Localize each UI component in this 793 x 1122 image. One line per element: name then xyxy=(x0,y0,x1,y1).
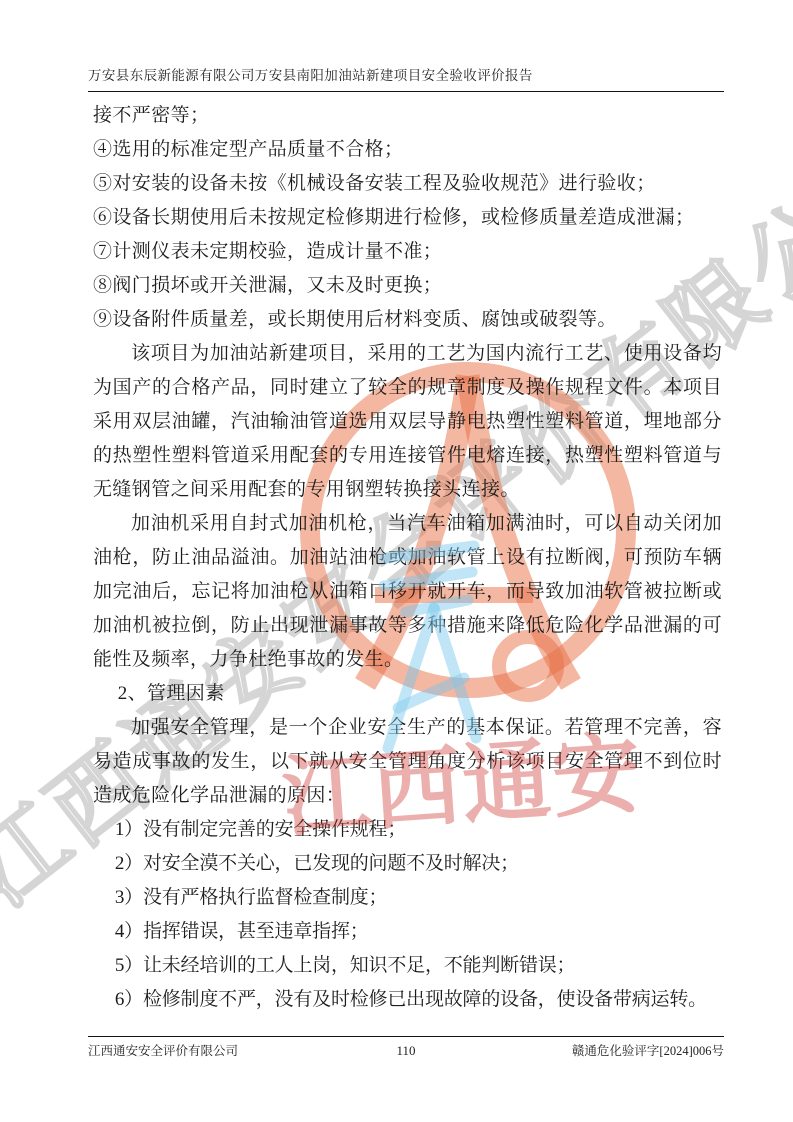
page-footer: 江西通安安全评价有限公司 110 赣通危化验评字[2024]006号 xyxy=(88,1036,724,1059)
paragraph: ⑥设备长期使用后未按规定检修期进行检修，或检修质量差造成泄漏； xyxy=(93,201,722,235)
list-item: 3）没有严格执行监督检查制度； xyxy=(93,881,722,915)
paragraph: ⑨设备附件质量差，或长期使用后材料变质、腐蚀或破裂等。 xyxy=(93,303,722,337)
footer-company: 江西通安安全评价有限公司 xyxy=(88,1041,300,1059)
document-page: 江西通安安全评价有限公司 江西通安 万安县东辰新能源有限公司万安县南阳加油站新建… xyxy=(0,0,793,1122)
paragraph: 加油机采用自封式加油机枪，当汽车油箱加满油时，可以自动关闭加油枪，防止油品溢油。… xyxy=(93,507,722,677)
paragraph: 接不严密等； xyxy=(93,99,722,133)
paragraph: ⑦计测仪表未定期校验，造成计量不准； xyxy=(93,235,722,269)
list-item: 2）对安全漠不关心，已发现的问题不及时解决； xyxy=(93,847,722,881)
paragraph: ⑤对安装的设备未按《机械设备安装工程及验收规范》进行验收； xyxy=(93,167,722,201)
paragraph: 加强安全管理，是一个企业安全生产的基本保证。若管理不完善，容易造成事故的发生，以… xyxy=(93,711,722,813)
page-number: 110 xyxy=(300,1043,512,1059)
section-heading: 2、管理因素 xyxy=(93,677,722,711)
footer-doc-number: 赣通危化验评字[2024]006号 xyxy=(512,1041,724,1059)
paragraph: ④选用的标准定型产品质量不合格； xyxy=(93,133,722,167)
document-body: 接不严密等； ④选用的标准定型产品质量不合格； ⑤对安装的设备未按《机械设备安装… xyxy=(93,99,722,1017)
page-header: 万安县东辰新能源有限公司万安县南阳加油站新建项目安全验收评价报告 xyxy=(88,64,724,92)
header-rule xyxy=(88,91,724,92)
paragraph: 该项目为加油站新建项目，采用的工艺为国内流行工艺、使用设备均为国产的合格产品，同… xyxy=(93,337,722,507)
list-item: 1）没有制定完善的安全操作规程； xyxy=(93,813,722,847)
list-item: 6）检修制度不严，没有及时检修已出现故障的设备，使设备带病运转。 xyxy=(93,983,722,1017)
header-title: 万安县东辰新能源有限公司万安县南阳加油站新建项目安全验收评价报告 xyxy=(88,64,724,84)
list-item: 4）指挥错误，甚至违章指挥； xyxy=(93,915,722,949)
list-item: 5）让未经培训的工人上岗，知识不足，不能判断错误； xyxy=(93,949,722,983)
paragraph: ⑧阀门损坏或开关泄漏，又未及时更换； xyxy=(93,269,722,303)
